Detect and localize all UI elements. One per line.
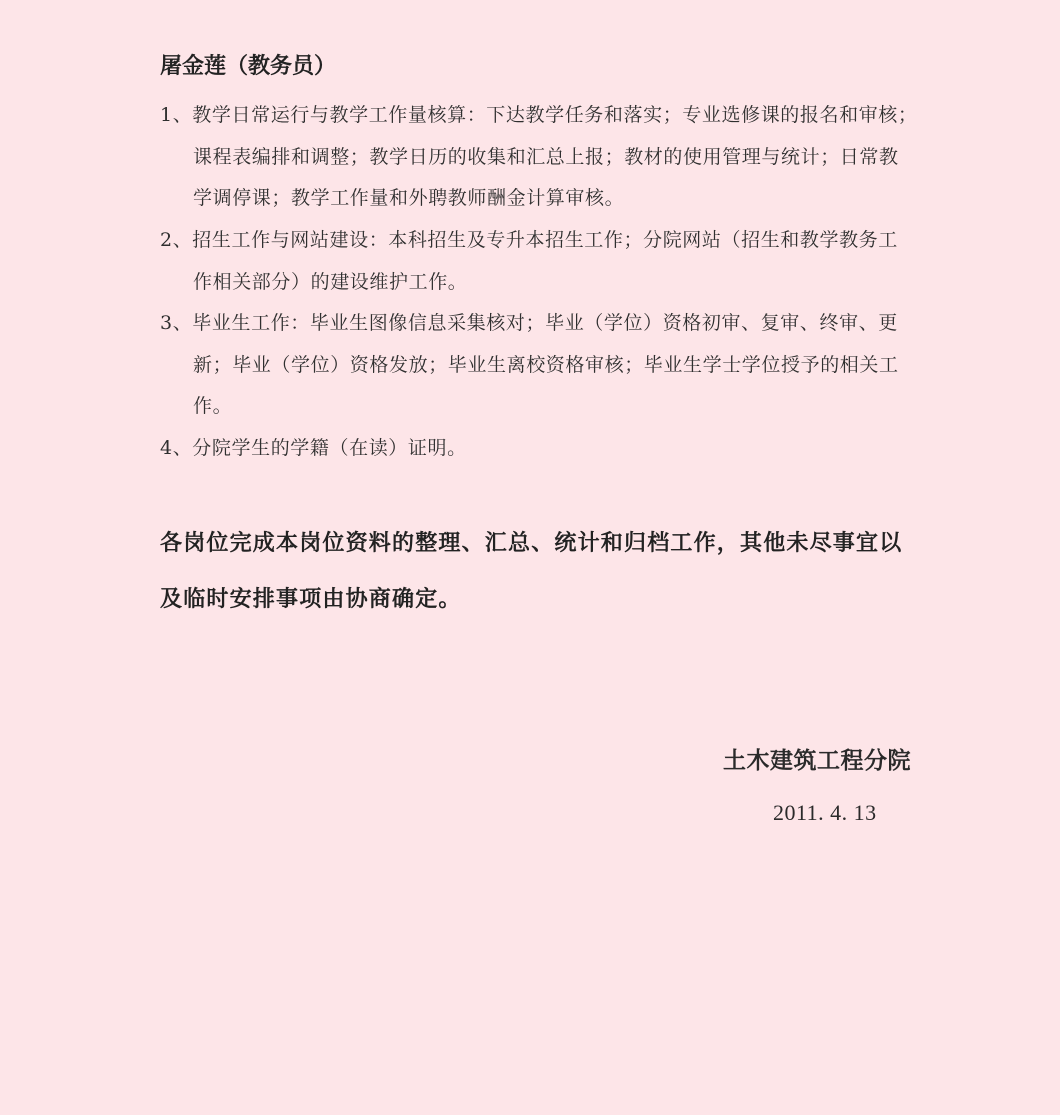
closing-statement: 各岗位完成本岗位资料的整理、汇总、统计和归档工作，其他未尽事宜以 及临时安排事项…: [160, 516, 970, 628]
duty-item-3: 3、毕业生工作：毕业生图像信息采集核对；毕业（学位）资格初审、复审、终审、更 新…: [160, 303, 965, 428]
duty-item-3-line-2: 新；毕业（学位）资格发放；毕业生离校资格审核；毕业生学士学位授予的相关工: [160, 345, 965, 387]
duty-item-1: 1、教学日常运行与教学工作量核算：下达教学任务和落实；专业选修课的报名和审核； …: [160, 95, 965, 220]
closing-line-2: 及临时安排事项由协商确定。: [160, 572, 970, 628]
staff-heading: 屠金莲（教务员）: [160, 50, 336, 84]
document-page: 屠金莲（教务员） 1、教学日常运行与教学工作量核算：下达教学任务和落实；专业选修…: [0, 0, 1060, 1115]
duty-item-3-line-3: 作。: [160, 386, 965, 428]
duty-item-4: 4、分院学生的学籍（在读）证明。: [160, 428, 965, 470]
duty-item-1-line-3: 学调停课；教学工作量和外聘教师酬金计算审核。: [160, 178, 965, 220]
signature-department: 土木建筑工程分院: [723, 742, 911, 775]
duty-item-2-line-1: 2、招生工作与网站建设：本科招生及专升本招生工作；分院网站（招生和教学教务工: [160, 220, 965, 262]
duty-item-2-line-2: 作相关部分）的建设维护工作。: [160, 262, 965, 304]
signature-date: 2011. 4. 13: [773, 800, 877, 826]
duty-item-2: 2、招生工作与网站建设：本科招生及专升本招生工作；分院网站（招生和教学教务工 作…: [160, 220, 965, 303]
duty-item-3-line-1: 3、毕业生工作：毕业生图像信息采集核对；毕业（学位）资格初审、复审、终审、更: [160, 303, 965, 345]
duty-item-1-line-1: 1、教学日常运行与教学工作量核算：下达教学任务和落实；专业选修课的报名和审核；: [160, 95, 965, 137]
duty-item-1-line-2: 课程表编排和调整；教学日历的收集和汇总上报；教材的使用管理与统计；日常教: [160, 137, 965, 179]
closing-line-1: 各岗位完成本岗位资料的整理、汇总、统计和归档工作，其他未尽事宜以: [160, 516, 970, 572]
duty-item-4-line-1: 4、分院学生的学籍（在读）证明。: [160, 428, 965, 470]
